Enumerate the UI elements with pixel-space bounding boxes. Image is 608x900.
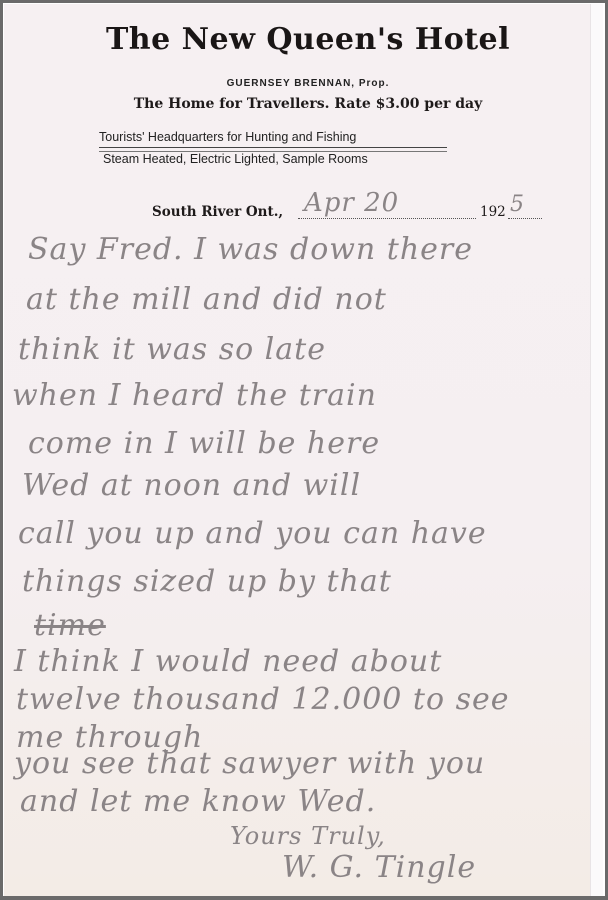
paper-right-edge [590,4,603,896]
handwritten-year: 5 [510,192,525,217]
year-prefix: 192 [480,204,506,220]
handwritten-date: Apr 20 [304,188,399,218]
body-line: at the mill and did not [26,282,387,317]
hotel-name: The New Queen's Hotel [4,22,608,57]
closing-salutation: Yours Truly, [230,822,386,850]
letter-paper: The New Queen's Hotel GUERNSEY BRENNAN, … [4,4,590,896]
body-line: things sized up by that [22,564,392,599]
place-name: South River Ont., [152,204,283,220]
body-line: and let me know Wed. [20,784,376,819]
scan-frame-bottom [0,896,608,900]
body-line: when I heard the train [12,378,377,413]
tagline-rate: The Home for Travellers. Rate $3.00 per … [4,96,608,112]
proprietor-line: GUERNSEY BRENNAN, Prop. [4,78,608,89]
body-line: Wed at noon and will [22,468,361,503]
body-line: I think I would need about [14,644,442,679]
signature: W. G. Tingle [282,850,476,885]
body-line-struck: time [34,608,106,643]
tourists-headquarters-line: Tourists' Headquarters for Hunting and F… [99,130,449,144]
features-line: Steam Heated, Electric Lighted, Sample R… [103,152,463,166]
year-dotted-line [508,218,542,219]
body-line: come in I will be here [28,426,380,461]
date-dotted-line [298,218,476,219]
body-line: Say Fred. I was down there [28,232,473,267]
body-line: call you up and you can have [18,516,487,551]
body-line: you see that sawyer with you [14,746,485,781]
body-line: twelve thousand 12.000 to see [16,682,510,717]
body-line: think it was so late [18,332,326,367]
dateline: South River Ont., Apr 20 192 5 [152,200,542,226]
